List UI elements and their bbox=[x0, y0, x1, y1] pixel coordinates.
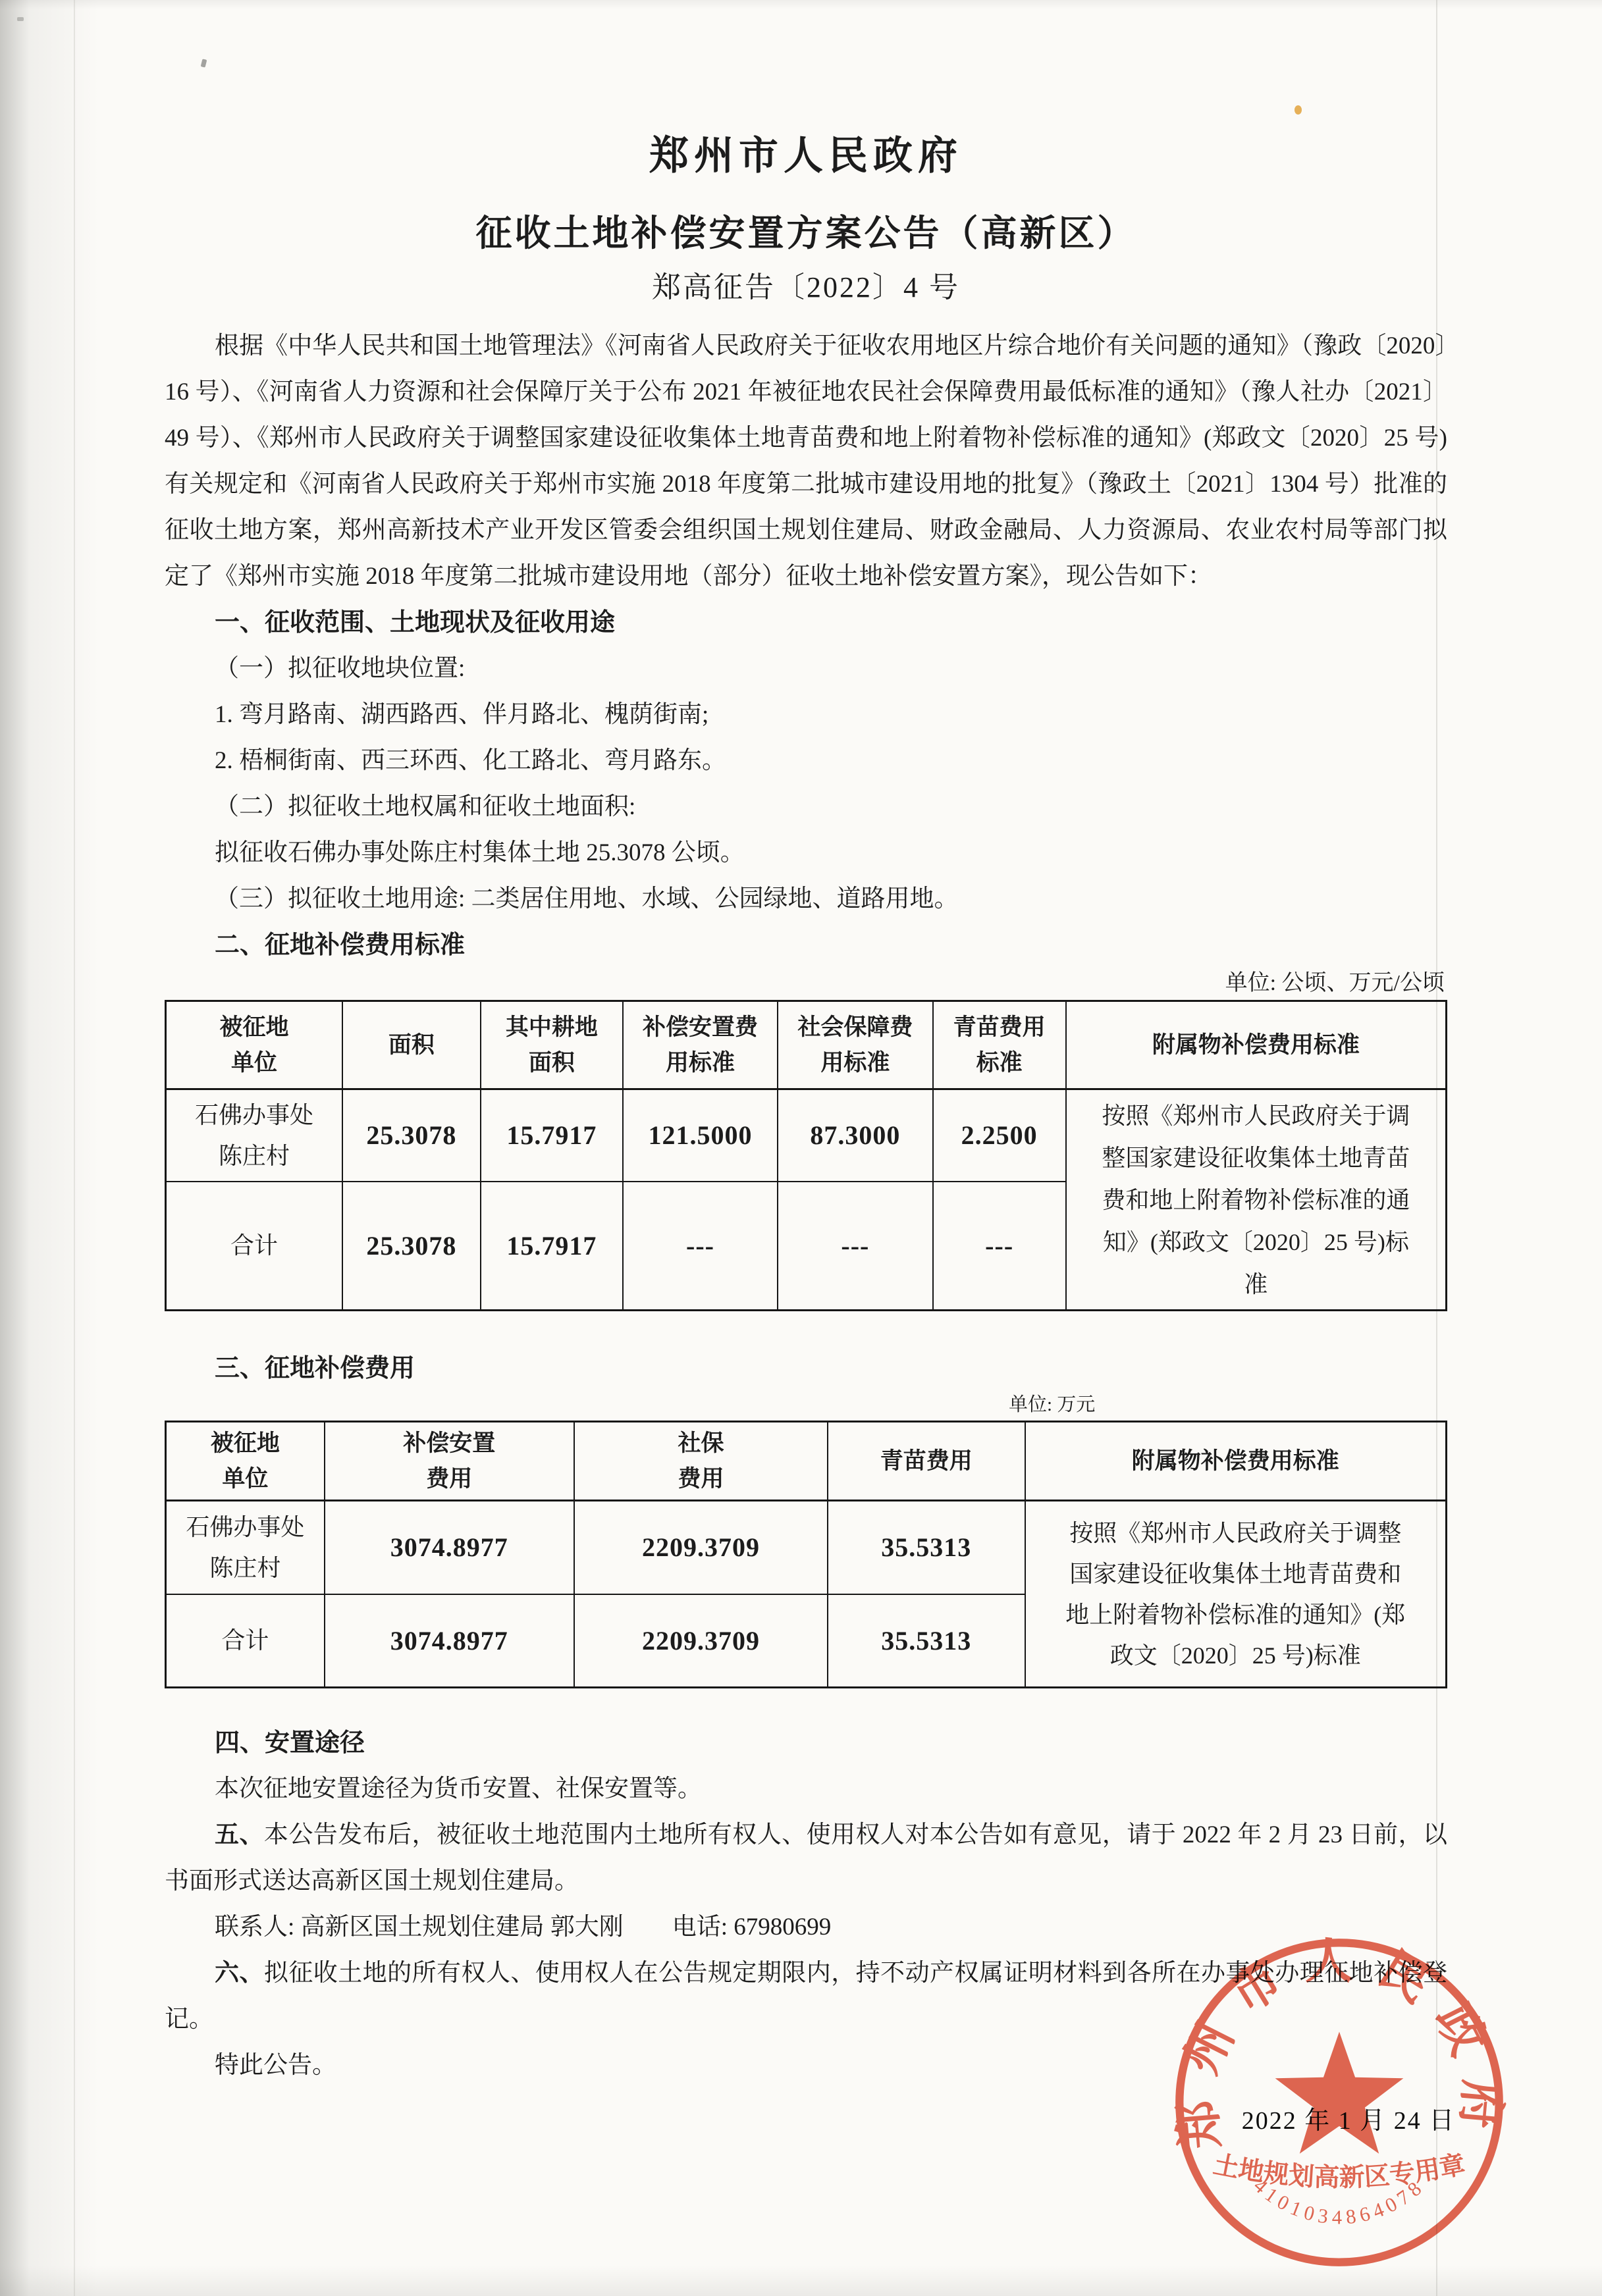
table-cell: 25.3078 bbox=[342, 1089, 481, 1182]
seal-star-icon bbox=[1275, 2031, 1404, 2153]
doc-number: 郑高征告〔2022〕4 号 bbox=[165, 271, 1447, 305]
section-1-heading: 一、征收范围、土地现状及征收用途 bbox=[165, 600, 1447, 646]
table-cell: 35.5313 bbox=[828, 1501, 1025, 1594]
section-3-heading: 三、征地补偿费用 bbox=[165, 1345, 1447, 1392]
doc-subtitle: 征收土地补偿安置方案公告（高新区） bbox=[165, 214, 1447, 253]
section-5-paragraph: 五、本公告发布后，被征收土地范围内土地所有权人、使用权人对本公告如有意见，请于 … bbox=[165, 1812, 1447, 1904]
table-cell: 2.2500 bbox=[933, 1089, 1066, 1182]
official-seal: 郑州市人民政府 土地规划高新区专用章 4101034864078 bbox=[1171, 1934, 1508, 2271]
table-cell: 2209.3709 bbox=[574, 1501, 828, 1594]
table-cell: 石佛办事处 陈庄村 bbox=[166, 1501, 325, 1594]
table-cell: 15.7917 bbox=[481, 1089, 623, 1182]
scan-edge-shadow-left bbox=[0, 0, 99, 2296]
list-item: 1. 弯月路南、湖西路西、伴月路北、槐荫街南; bbox=[165, 692, 1447, 738]
table-header-cell: 社保 费用 bbox=[574, 1422, 828, 1501]
intro-paragraph: 根据《中华人民共和国土地管理法》《河南省人民政府关于征收农用地区片综合地价有关问… bbox=[165, 323, 1447, 600]
table-header-cell: 青苗费用 标准 bbox=[933, 1001, 1066, 1089]
table-header-row: 被征地 单位 补偿安置 费用 社保 费用 青苗费用 附属物补偿费用标准 bbox=[166, 1422, 1447, 1501]
page-title: 郑州市人民政府 bbox=[165, 135, 1447, 177]
scan-speck bbox=[17, 17, 24, 21]
table-header-cell: 附属物补偿费用标准 bbox=[1066, 1001, 1447, 1089]
table-cell: --- bbox=[933, 1182, 1066, 1311]
table-cell: 121.5000 bbox=[623, 1089, 778, 1182]
table-cell: 35.5313 bbox=[828, 1594, 1025, 1688]
section-6-lead: 六、 bbox=[215, 1960, 264, 1987]
table-row: 石佛办事处 陈庄村 3074.8977 2209.3709 35.5313 按照… bbox=[166, 1501, 1447, 1594]
list-item: （三）拟征收土地用途: 二类居住用地、水域、公园绿地、道路用地。 bbox=[165, 876, 1447, 922]
list-item: （二）拟征收土地权属和征收土地面积: bbox=[165, 784, 1447, 830]
table-header-row: 被征地 单位 面积 其中耕地 面积 补偿安置费 用标准 社会保障费 用标准 青苗… bbox=[166, 1001, 1447, 1089]
table-cell: 3074.8977 bbox=[325, 1594, 574, 1688]
table-header-cell: 补偿安置 费用 bbox=[325, 1422, 574, 1501]
list-item: 拟征收石佛办事处陈庄村集体土地 25.3078 公顷。 bbox=[165, 830, 1447, 876]
table-header-cell: 附属物补偿费用标准 bbox=[1025, 1422, 1447, 1501]
document-page: 郑州市人民政府 征收土地补偿安置方案公告（高新区） 郑高征告〔2022〕4 号 … bbox=[0, 0, 1602, 2296]
compensation-amount-table: 被征地 单位 补偿安置 费用 社保 费用 青苗费用 附属物补偿费用标准 石佛办事… bbox=[165, 1421, 1447, 1688]
table-header-cell: 社会保障费 用标准 bbox=[778, 1001, 932, 1089]
section-2-heading: 二、征地补偿费用标准 bbox=[165, 922, 1447, 968]
seal-banner-text: 土地规划高新区专用章 bbox=[1211, 2150, 1468, 2192]
appendix-note-cell: 按照《郑州市人民政府关于调整国家建设征收集体土地青苗费和地上附着物补偿标准的通知… bbox=[1066, 1089, 1447, 1311]
document-content: 郑州市人民政府 征收土地补偿安置方案公告（高新区） 郑高征告〔2022〕4 号 … bbox=[165, 0, 1447, 2089]
table-header-cell: 其中耕地 面积 bbox=[481, 1001, 623, 1089]
table-header-cell: 补偿安置费 用标准 bbox=[623, 1001, 778, 1089]
section-4-heading: 四、安置途径 bbox=[165, 1720, 1447, 1766]
table-header-cell: 被征地 单位 bbox=[166, 1422, 325, 1501]
table-header-cell: 面积 bbox=[342, 1001, 481, 1089]
table-row: 石佛办事处 陈庄村 25.3078 15.7917 121.5000 87.30… bbox=[166, 1089, 1447, 1182]
section-4-body: 本次征地安置途径为货币安置、社保安置等。 bbox=[165, 1766, 1447, 1812]
list-item: 2. 梧桐街南、西三环西、化工路北、弯月路东。 bbox=[165, 738, 1447, 784]
table-cell: 合计 bbox=[166, 1182, 342, 1311]
scan-crease-left bbox=[74, 0, 75, 2296]
section-5-lead: 五、 bbox=[215, 1821, 264, 1848]
table-cell: 合计 bbox=[166, 1594, 325, 1688]
section-5-text: 本公告发布后，被征收土地范围内土地所有权人、使用权人对本公告如有意见，请于 20… bbox=[165, 1821, 1447, 1894]
table-header-cell: 青苗费用 bbox=[828, 1422, 1025, 1501]
table-cell: 石佛办事处 陈庄村 bbox=[166, 1089, 342, 1182]
table-cell: 25.3078 bbox=[342, 1182, 481, 1311]
unit-note-table-2: 单位: 万元 bbox=[165, 1392, 1447, 1418]
unit-note-table-1: 单位: 公顷、万元/公顷 bbox=[165, 968, 1447, 999]
table-cell: 3074.8977 bbox=[325, 1501, 574, 1594]
appendix-note-cell: 按照《郑州市人民政府关于调整国家建设征收集体土地青苗费和地上附着物补偿标准的通知… bbox=[1025, 1501, 1447, 1688]
list-item: （一）拟征收地块位置: bbox=[165, 646, 1447, 692]
table-cell: 2209.3709 bbox=[574, 1594, 828, 1688]
compensation-standard-table: 被征地 单位 面积 其中耕地 面积 补偿安置费 用标准 社会保障费 用标准 青苗… bbox=[165, 1000, 1447, 1311]
table-cell: 15.7917 bbox=[481, 1182, 623, 1311]
table-cell: 87.3000 bbox=[778, 1089, 932, 1182]
table-cell: --- bbox=[778, 1182, 932, 1311]
table-cell: --- bbox=[623, 1182, 778, 1311]
table-header-cell: 被征地 单位 bbox=[166, 1001, 342, 1089]
